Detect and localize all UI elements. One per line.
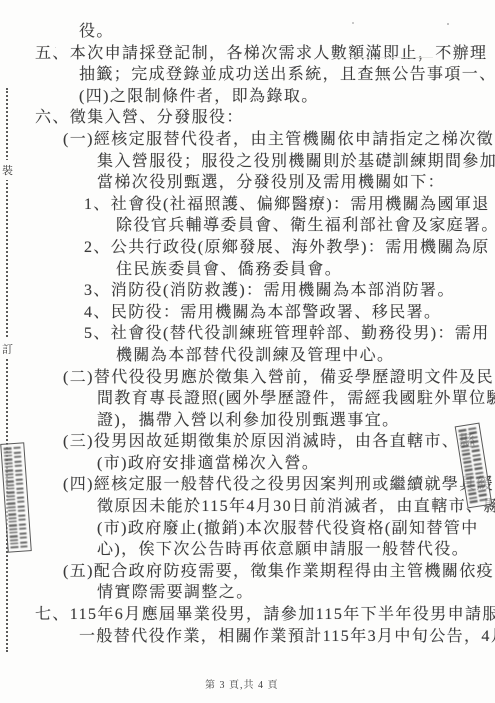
text-line: 間教育專長證照(國外學歷證件，需經我國駐外單位驗: [0, 388, 489, 410]
text-line: 證)，攜帶入營以利參加役別甄選事宜。: [0, 410, 489, 432]
scan-speck: [352, 22, 354, 24]
text-line: 當梯次役別甄選，分發役別及需用機關如下：: [0, 172, 489, 194]
text-line: 機關為本部替代役訓練及管理中心。: [0, 345, 489, 367]
scan-smear: [333, 57, 433, 58]
text-line: (一)經核定服替代役者，由主管機關依申請指定之梯次徵: [0, 129, 489, 151]
text-line: 5、社會役(替代役訓練班管理幹部、勤務役男)：需用: [0, 323, 489, 345]
text-line: 抽籤；完成登錄並成功送出系統，且查無公告事項一、: [0, 64, 489, 86]
text-line: 五、本次申請採登記制，各梯次需求人數額滿即止，不辦理: [0, 43, 489, 65]
text-line: 役。: [0, 21, 489, 43]
text-line: 除役官兵輔導委員會、衛生福利部社會及家庭署。: [0, 215, 489, 237]
text-line: (四)之限制條件者，即為錄取。: [0, 86, 489, 108]
text-line: (市)政府安排適當梯次入營。: [0, 453, 489, 475]
page-number-footer: 第 3 頁,共 4 頁: [205, 676, 279, 691]
document-text-block: 役。 五、本次申請採登記制，各梯次需求人數額滿即止，不辦理 抽籤；完成登錄並成功…: [0, 21, 489, 647]
document-page: 裝 訂 役。 五、本次申請採登記制，各梯次需求人數額滿即止，不辦理 抽籤；完成登…: [0, 0, 495, 703]
text-line: 七、115年6月應屆畢業役男，請參加115年下半年役男申請服: [0, 604, 489, 626]
scan-speck: [447, 23, 449, 25]
text-line: (三)役男因故延期徵集於原因消滅時，由各直轄市、縣: [0, 431, 489, 453]
text-line: 住民族委員會、僑務委員會。: [0, 259, 489, 281]
text-line: 六、徵集入營、分發服役：: [0, 107, 489, 129]
text-line: 情實際需要調整之。: [0, 582, 489, 604]
text-line: 徵原因未能於115年4月30日前消滅者，由直轄市、縣: [0, 496, 489, 518]
text-line: (二)替代役役男應於徵集入營前，備妥學歷證明文件及民: [0, 367, 489, 389]
text-line: 2、公共行政役(原鄉發展、海外教學)：需用機關為原: [0, 237, 489, 259]
text-line: 心)，俟下次公告時再依意願申請服一般替代役。: [0, 539, 489, 561]
text-line: (四)經核定服一般替代役之役男因案判刑或繼續就學具緩: [0, 474, 489, 496]
text-line: (五)配合政府防疫需要，徵集作業期程得由主管機關依疫: [0, 561, 489, 583]
scan-speck: [186, 54, 188, 55]
text-line: 4、民防役：需用機關為本部警政署、移民署。: [0, 302, 489, 324]
text-line: 集入營服役；服役之役別機關則於基礎訓練期間參加: [0, 151, 489, 173]
scan-speck: [55, 47, 56, 48]
text-line: (市)政府廢止(撤銷)本次服替代役資格(副知替管中: [0, 518, 489, 540]
text-line: 一般替代役作業，相關作業預計115年3月中旬公告，4月: [0, 626, 489, 648]
text-line: 1、社會役(社福照護、偏鄉醫療)：需用機關為國軍退: [0, 194, 489, 216]
text-line: 3、消防役(消防救護)：需用機關為本部消防署。: [0, 280, 489, 302]
